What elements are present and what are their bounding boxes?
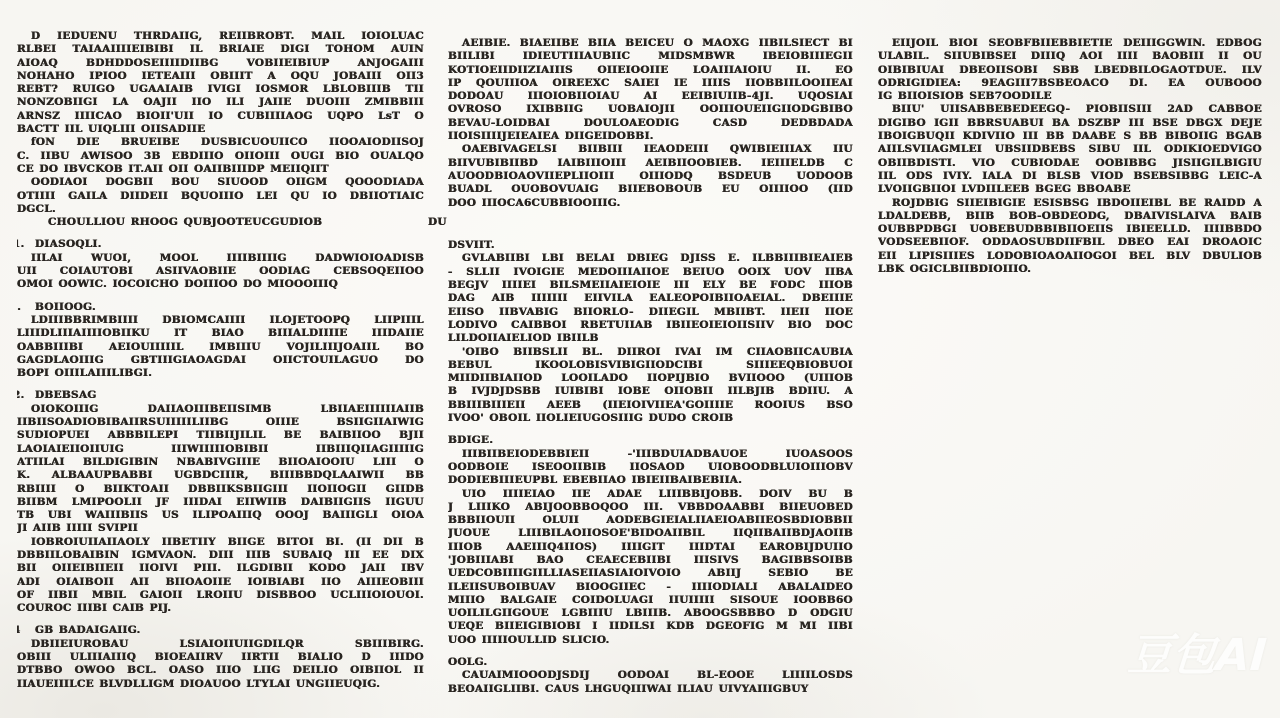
text-line: EIIJOIL BIOI SEOBFBIIEBBIETIE DEIIIGGWIN… (878, 37, 1262, 50)
text-line: MIIIO BALGAIE COIDOLUAGI IIUIIIII SISOUE… (448, 594, 853, 607)
text-line: 'JOBIIIABI BAO CEAECEBIIBI IIISIVS BAGIB… (448, 554, 853, 567)
text-line: LDALDEBB, BIIB BOB-OBDEODG, DBAIVISLAIVA… (878, 210, 1262, 223)
text-line: LIIIDLIIIAIIIIOBIIKU IT BIAO BIIIALDIIII… (17, 327, 424, 340)
text-line: BII OIIEIBIIEII IIOIVI PIII. ILGDIBII KO… (17, 562, 424, 575)
text-line: DBBIILOBAIBIN IGMVAON. DIII IIIB SUBAIQ … (17, 549, 424, 562)
text-line: CAUAIMIOOODJSDIJ OODOAI BL-EOOE LIIIILOS… (448, 669, 853, 682)
text-line: AUOODBIOAOVIIEPLIIOIII OIIIODQ BSDEUB UO… (448, 170, 853, 183)
paragraph: EIIJOIL BIOI SEOBFBIIEBBIETIE DEIIIGGWIN… (878, 37, 1262, 103)
list-item-head: 1DSVIIT. (448, 239, 853, 252)
text-line: CHOULLIOU RHOOG QUBJOOTEUCGUDIOB (17, 216, 424, 229)
text-line: UOO IIIIIOULLID SLICIO. (448, 634, 853, 647)
text-line: J LIIIKO ABIJOOBBOQOO III. VBBDOAABBI BI… (448, 501, 853, 514)
list-item: 2.OOLG.CAUAIMIOOODJSDIJ OODOAI BL-EOOE L… (448, 656, 853, 696)
text-line: OIOKOIIIG DAIIAOIIIBEIISIMB LBIIAEIIIIII… (17, 403, 424, 416)
text-line: DIGIBO IGII BBRSUABUI BA DSZBP III BSE D… (878, 117, 1262, 130)
list-item: l.BOIIOOG.LDIIIBBRIMBIIII DBIOMCAIIII IL… (17, 301, 424, 381)
text-line: DBIIEIUROBAU LSIAIOIIUIIGDILQR SBIIIBIRG… (17, 638, 424, 651)
text-line: EIISO IIBVABIG BIIORLO- DIIEGIL MBIIBT. … (448, 306, 853, 319)
text-line: DODOAU IIIOIOBIIOIAU AI EEIBIUIIB-4JI. U… (448, 90, 853, 103)
text-line: OAEBIVAGELSI BIIBIII IEAODEIII QWIBIEIII… (448, 143, 853, 156)
text-line: BIIVUBIBIIBD IAIBIIIOIII AEIBIIOOBIEB. I… (448, 157, 853, 170)
text-line: IILAI WUOI, MOOL IIIIBIIIIG DADWIOIOADIS… (17, 252, 424, 265)
text-line: ILEIISUBOIBUAV BIOOGIIEC - IIIIODIALI AB… (448, 581, 853, 594)
text-line: LDIIIBBRIMBIIII DBIOMCAIIII ILOJETOOPQ L… (17, 314, 424, 327)
paragraph: BIIU' UIISABBEBEDEEGQ- PIOBIISIII 2AD CA… (878, 103, 1262, 196)
text-line: OBIII ULIIIAIIIQ BIOEAIIRV IIRTII BIALIO… (17, 651, 424, 664)
list-item: 1.BDIGE.IIIBIIBEIODEBBIEII -'IIIBDUIADBA… (448, 434, 853, 647)
text-line: KOTIOEIIDIIZIAIIIS OIIEIOOIIE LOAIIIAIOI… (448, 64, 853, 77)
text-line: DTBBO OWOO BCL. OASO IIIO LIIG DEILIO OI… (17, 664, 424, 677)
text-line: ATIILAI BILDIGIBIN NBABIVGIIIE BIIOAIOOI… (17, 456, 424, 469)
text-line: BIILIBI IDIEUTIIIAUBIIC MIDSMBWR IBEIOBI… (448, 50, 853, 63)
paragraph: OIOKOIIIG DAIIAOIIIBEIISIMB LBIIAEIIIIII… (17, 403, 424, 536)
text-column-left: D IEDUENU THRDAIIG, REIIBROBT. MAIL IOIO… (17, 30, 424, 691)
text-line: UIO IIIIEIAO IIE ADAE LIIIBBIJOBB. DOIV … (448, 488, 853, 501)
paragraph: ROJDBIG SIIEIBIGIE ESISBSG IBDOIIEIBL BE… (878, 197, 1262, 277)
list-item-head: 1.DIASOQLI. (17, 238, 424, 251)
text-line: fON DIE BRUEIBE DUSBICUOUIICO IIOOAIODII… (17, 136, 424, 149)
paragraph: UIO IIIIEIAO IIE ADAE LIIIBBIJOBB. DOIV … (448, 488, 853, 648)
text-line: ARNSZ IIIICAO BIOII'UII IO CUBIIIIAOG UQ… (17, 110, 424, 123)
list-item: 1.DIASOQLI.IILAI WUOI, MOOL IIIIBIIIIG D… (17, 238, 424, 291)
text-line: MIIDIIBIAIIOD LOOILADO IIOPIJBIO BVIIOOO… (448, 372, 853, 385)
text-line: RLBEI TAIAAIIIIEIBIBI IL BRIAIE DIGI TOH… (17, 43, 424, 56)
list-item-head: 2.OOLG. (448, 656, 853, 669)
text-line: IIAUEIIILCE BLVDLLIGM DIOAUOO LTYLAI UNG… (17, 678, 424, 691)
list-item-head: 4GB BADAIGAIIG. (17, 624, 424, 637)
list-item-title: DBEBSAG (17, 389, 97, 401)
text-line: IOBROIUIIAIIAOLY IIBETIIY BIIGE BITOI BI… (17, 536, 424, 549)
text-line: EII LIPISIIIES LODOBIOAOAIIOGOI BEL BLV … (878, 250, 1262, 263)
list-item-head: 2.DBEBSAG (17, 389, 424, 402)
text-line: REBT? RUIGO UGAAIAIB IVIGI IOSMOR LBLOBI… (17, 83, 424, 96)
text-line: LVOIIGBIIOI LVDIILEEB BGEG BBOABE (878, 183, 1262, 196)
paragraph: 'OIBO BIIBSLII BL. DIIROI IVAI IM CIIAOB… (448, 346, 853, 426)
text-line: SUDIOPUEI ABBBILEPI TIIBIIJILIL BE BAIBI… (17, 429, 424, 442)
paragraph: GVLABIIBI LBI BELAI DBIEG DJISS E. ILBBI… (448, 252, 853, 345)
list-item-title: OOLG. (448, 656, 487, 668)
text-line: BOPI OIIILAIIILIBGI. (17, 367, 424, 380)
paragraph: OODIAOI DOGBII BOU SIUOOD OIIGM QOOODIAD… (17, 176, 424, 216)
text-line: BBIIIBIIIEII AEEB (IIEIOIVIIEA'GOIIIIE R… (448, 399, 853, 412)
text-line: ULABIL. SIIUBIBSEI DIIIQ AOI IIII BAOBII… (878, 50, 1262, 63)
text-line: DOO IIIOCA6CUBBIOOIIIG. (448, 197, 853, 210)
text-column-right: EIIJOIL BIOI SEOBFBIIEBBIETIE DEIIIGGWIN… (878, 37, 1262, 276)
text-line: ODRIGIDIEA: 9EAGIII7BSBEOACO DI. EA OUBO… (878, 77, 1262, 90)
list-item-title: DIASOQLI. (17, 238, 102, 250)
list-item-number: l. (17, 301, 21, 314)
text-line: IIIBIIBEIODEBBIEII -'IIIBDUIADBAUOE IUOA… (448, 448, 853, 461)
text-line: DODIEBIIIEUPBL EBEBIIAO IBIEIIBAIBEBIIA. (448, 474, 853, 487)
list-item: 2.DBEBSAGOIOKOIIIG DAIIAOIIIBEIISIMB LBI… (17, 389, 424, 615)
text-line: CE DO IBVCKOB IT.AII OII OAIIBIIIDP MEII… (17, 163, 424, 176)
scanned-document-page: { "page": { "paper_color": "#f7f6f2", "i… (0, 0, 1280, 718)
text-line: GAGDLAOIIIG GBTIIIGIAOAGDAI OIICTOUILAGU… (17, 354, 424, 367)
text-line: IIOISIIIIJEIEAIEA DIIGEIDOBBI. (448, 130, 853, 143)
text-line: ADI OIAIBOII AII BIIOAOIIE IOIBIABI IIO … (17, 576, 424, 589)
doubao-ai-watermark: 豆包AI (1126, 626, 1280, 686)
section-label: DU (428, 216, 853, 229)
paragraph: CHOULLIOU RHOOG QUBJOOTEUCGUDIOB (17, 216, 424, 229)
text-line: OODBOIE ISEOOIIBIB IIOSAOD UIOBOODBLUIOI… (448, 461, 853, 474)
paragraph: IILAI WUOI, MOOL IIIIBIIIIG DADWIOIOADIS… (17, 252, 424, 292)
list-item-number: 1. (17, 238, 25, 251)
text-line: NOHAHO IPIOO IETEAIII OBIIIT A OQU JOBAI… (17, 70, 424, 83)
text-line: JI AIIB IIIII SVIPII (17, 522, 424, 535)
text-line: GVLABIIBI LBI BELAI DBIEG DJISS E. ILBBI… (448, 252, 853, 265)
text-line: OUBBPDBGI UOBEBUDBBIBIIOEIIS IBIEELLD. I… (878, 223, 1262, 236)
text-line: IBOIGBUQII KDIVIIO III BB DAABE S BB BIB… (878, 130, 1262, 143)
paragraph: AEIBIE. BIAEIIBE BIIA BEICEU O MAOXG IIB… (448, 37, 853, 143)
list-item: 1DSVIIT.GVLABIIBI LBI BELAI DBIEG DJISS … (448, 239, 853, 425)
text-line: BEOAIIGLIIBI. CAUS LHGUQIIIWAI ILIAU UIV… (448, 683, 853, 696)
list-item-head: l.BOIIOOG. (17, 301, 424, 314)
text-line: DGCL. (17, 203, 424, 216)
text-line: BEGJV IIIIEI BILSMEIIAIEIOIE III ELY BE … (448, 279, 853, 292)
text-line: UII COIAUTOBI ASIIVAOBIIE OODIAG CEBSOQE… (17, 265, 424, 278)
text-line: K. ALBAAUPBABBI UGBDCIIIR, BIIIBBDQLAAIW… (17, 469, 424, 482)
list-item-head: 1.BDIGE. (448, 434, 853, 447)
text-line: NONZOBIIGI LA OAJII IIO ILI JAIIE DUOIII… (17, 96, 424, 109)
text-line: OTIIII GAILA DIIDEII BQUOIIIO LEI QU IO … (17, 190, 424, 203)
text-line: RBIIII O BIIKTOAII DBBIIKSBIIGIII IIOIIO… (17, 483, 424, 496)
text-line: OVROSO IXIBBIIG UOBAIOJII OOIIIOUEIIGIIO… (448, 103, 853, 116)
text-line: OODIAOI DOGBII BOU SIUOOD OIIGM QOOODIAD… (17, 176, 424, 189)
text-line: BIIU' UIISABBEBEDEEGQ- PIOBIISIII 2AD CA… (878, 103, 1262, 116)
text-line: COUROC IIIBI CAIB PIJ. (17, 602, 424, 615)
list-item-number: 2. (17, 389, 25, 402)
text-line: IP QOUIIIOA OIREEXC SAIEI IE IIIIS IIOBB… (448, 77, 853, 90)
text-line: DAG AIB IIIIIII EIIVILA EALEOPOIBIIOAEIA… (448, 292, 853, 305)
list-item-title: GB BADAIGAIIG. (17, 624, 141, 636)
text-line: ROJDBIG SIIEIBIGIE ESISBSG IBDOIIEIBL BE… (878, 197, 1262, 210)
text-line: D IEDUENU THRDAIIG, REIIBROBT. MAIL IOIO… (17, 30, 424, 43)
text-line: OIBIBIUAI DBEOIISOBI SBB LBEDBILOGAOTDUE… (878, 64, 1262, 77)
text-line: OABBIIIBI AEIOUIIIIIL IMBIIIU VOJILIIIJO… (17, 341, 424, 354)
text-line: B IVJDJDSBB IUIBIBI IOBE OIIOBII IILBJIB… (448, 385, 853, 398)
text-line: AIILSVIIAGMLEI UBSIIDBEBS SIBU IIL ODIKI… (878, 143, 1262, 156)
paragraph: DBIIEIUROBAU LSIAIOIIUIIGDILQR SBIIIBIRG… (17, 638, 424, 691)
list-item: 4GB BADAIGAIIG.DBIIEIUROBAU LSIAIOIIUIIG… (17, 624, 424, 690)
paragraph: CAUAIMIOOODJSDIJ OODOAI BL-EOOE LIIIILOS… (448, 669, 853, 696)
text-line: IIL ODS IVIY. IALA DI BLSB VIOD BSEBSIBB… (878, 170, 1262, 183)
paragraph: D IEDUENU THRDAIIG, REIIBROBT. MAIL IOIO… (17, 30, 424, 136)
text-line: BBBIIOUII OLUII AODEBGIEIALIIAEIOABIIEOS… (448, 514, 853, 527)
text-line: IIIOB AAEIIIQ4IIOS) IIIIGIT IIIDTAI EARO… (448, 541, 853, 554)
text-line: UEQE BIIEIGIBIOBI I IIDILSI KDB DGEOFIG … (448, 620, 853, 633)
text-line: TB UBI WAIIIBIIS US ILIPOAIIIQ OOOJ BAII… (17, 509, 424, 522)
text-line: LILDOIIAIELIOD IBIILB (448, 332, 853, 345)
paragraph: IOBROIUIIAIIAOLY IIBETIIY BIIGE BITOI BI… (17, 536, 424, 616)
list-item-title: DSVIIT. (448, 239, 495, 251)
text-line: UOILILGIIGOUE LGBIIIU LBIIIB. ABOOGSBBBO… (448, 607, 853, 620)
text-line: UEDCOBIIIIGIILLIASEIIASIAIOIVOIO ABIIJ S… (448, 567, 853, 580)
text-line: IIBIISOADIOBIBAIIRSUIIIIILIIBG OIIIE BSI… (17, 416, 424, 429)
text-line: AEIBIE. BIAEIIBE BIIA BEICEU O MAOXG IIB… (448, 37, 853, 50)
paragraph: IIIBIIBEIODEBBIEII -'IIIBDUIADBAUOE IUOA… (448, 448, 853, 488)
text-line: BEVAU-LOIDBAI DOULOAEODIG CASD DEDBDADA (448, 117, 853, 130)
text-line: OMOI OOWIC. IOCOICHO DOIIIOO DO MIOOOIII… (17, 278, 424, 291)
paragraph: OAEBIVAGELSI BIIBIII IEAODEIII QWIBIEIII… (448, 143, 853, 209)
text-line: LAOIAIEIIOIIUIG IIIWIIIIIOBIBII IIBIIIQI… (17, 443, 424, 456)
text-line: C. IIBU AWISOO 3B EBDIIIO OIIOIII OUGI B… (17, 150, 424, 163)
list-item-title: BDIGE. (448, 434, 493, 446)
text-line: IG BIIOISIOB SEB7OODILE (878, 90, 1262, 103)
paragraph: fON DIE BRUEIBE DUSBICUOUIICO IIOOAIODII… (17, 136, 424, 176)
paragraph: LDIIIBBRIMBIIII DBIOMCAIIII ILOJETOOPQ L… (17, 314, 424, 380)
text-line: JUOUE LIIIBILAOIIOSOE'BIDOAIIBIL IIQIIBA… (448, 527, 853, 540)
text-line: - SLLII IVOIGIE MEDOIIIAIIOE BEIUO OOIX … (448, 266, 853, 279)
text-line: IVOO' OBOIL IIOLIEIUGOSIIIG DUDO CROIB (448, 412, 853, 425)
list-item-title: BOIIOOG. (17, 301, 96, 313)
text-line: OF IIBII MBIL GAIOII LROIIU DISBBOO UCLI… (17, 589, 424, 602)
text-line: 'OIBO BIIBSLII BL. DIIROI IVAI IM CIIAOB… (448, 346, 853, 359)
text-line: BIIBM LMIPOOLII JF IIIDAI EIIWIIB DAIBII… (17, 496, 424, 509)
text-line: LODIVO CAIBBOI RBETUIIAB IBIIEOIEIOIISII… (448, 319, 853, 332)
text-line: BEBUL IKOOLOBISVIBIGIIODCIBI SIIIEEQBIOB… (448, 359, 853, 372)
text-line: BACTT IIL UIQLIII OIISADIIE (17, 123, 424, 136)
text-line: OBIIBDISTI. VIO CUBIODAE OOBIBBG JISIIGI… (878, 157, 1262, 170)
text-line: VODSEEBIIOF. ODDAOSUBDIIFBIL DBEO EAI DR… (878, 236, 1262, 249)
text-line: AIOAQ BDHDDOSEIIIIDIIBG VOBIIEIBIUP ANJO… (17, 57, 424, 70)
text-line: LBK OGICLBIIBDIOIIIO. (878, 263, 1262, 276)
text-line: BUADL OUOBOVUAIG BIIEBOBOUB EU OIIIIOO (… (448, 183, 853, 196)
text-column-middle: AEIBIE. BIAEIIBE BIIA BEICEU O MAOXG IIB… (448, 37, 853, 696)
list-item-number: 4 (17, 624, 21, 637)
